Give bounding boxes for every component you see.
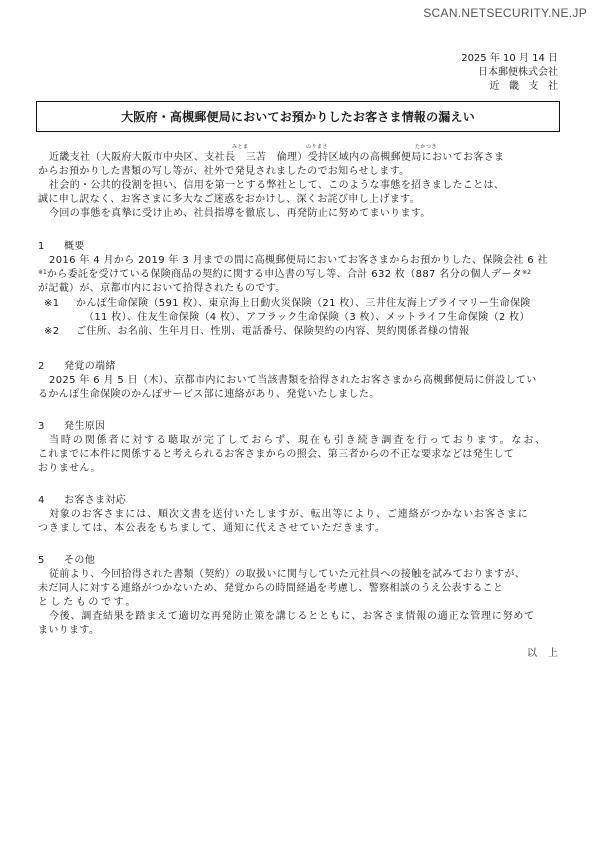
section-line: 対象のお客さまには、順次文書を送付いたしますが、転出等により、ご連絡がつかないお… xyxy=(49,508,529,521)
ruby-norimasa: のりまさ xyxy=(306,145,328,150)
footnote-1: ※1かんぽ生命保険（591 枚）、東京海上日動火災保険（21 枚）、三井住友海上… xyxy=(44,297,531,310)
section-line: 従前より、今回拾得された書類（契約）の取扱いに関与していた元社員への接触を試みて… xyxy=(49,568,525,581)
section-line: これまでに本件に関係すると考えられるお客さまからの照会、第三者からの不正な要求な… xyxy=(38,448,514,461)
intro-line: 今回の事態を真摯に受け止め、社員指導を徹底し、再発防止に努めてまいります。 xyxy=(49,207,431,220)
branch-name: 近畿支社 xyxy=(461,80,567,94)
section-line: 2016 年 4 月から 2019 年 3 月までの間に高槻郵便局においてお客さ… xyxy=(49,254,548,267)
issue-date: 2025 年 10 月 14 日 xyxy=(461,52,558,66)
section-line: るかんぽ生命保険のかんぽサービス部に連絡があり、発覚いたしました。 xyxy=(38,388,380,401)
section-heading: 5その他 xyxy=(38,554,95,567)
document-header: 2025 年 10 月 14 日 日本郵便株式会社 近畿支社 xyxy=(461,52,558,94)
footnote-label: ※2 xyxy=(44,325,76,338)
intro-line: からお預かりした書類の写し等が、社外で発見されましたのでお知らせします。 xyxy=(38,165,410,178)
section-heading: 2発覚の端緒 xyxy=(38,360,116,373)
intro-line: 誠に申し訳なく、お客さまに多大なご迷惑をおかけし、深くお詫び申し上げます。 xyxy=(38,193,420,206)
footnote-2: ※2ご住所、お名前、生年月日、性別、電話番号、保険契約の内容、契約関係者様の情報 xyxy=(44,325,469,338)
title-text: 大阪府・高槻郵便局においてお預かりしたお客さま情報の漏えい xyxy=(121,108,475,125)
footnote-mark: ※2 xyxy=(522,269,531,276)
section-heading: 4お客さま対応 xyxy=(38,494,126,507)
section-heading: 1概要 xyxy=(38,240,85,253)
section-line: つきましては、本公表をもちまして、通知に代えさせていただきます。 xyxy=(38,522,386,535)
section-line: が記載）が、京都市内において拾得されたものです。 xyxy=(38,282,286,295)
section-line: 今後、調査結果を踏まえて適切な再発防止策を講じるとともに、お客さま情報の適正な管… xyxy=(49,610,535,623)
section-line: ※1から委託を受けている保険商品の契約に関する申込書の写し等、合計 632 枚（… xyxy=(38,268,531,281)
company-name: 日本郵便株式会社 xyxy=(461,66,558,80)
intro-line: 近畿支社（大阪府大阪市中央区、支社長 三苫 倫理）受持区域内の高槻郵便局において… xyxy=(49,151,504,164)
page-title: 大阪府・高槻郵便局においてお預かりしたお客さま情報の漏えい xyxy=(36,101,560,132)
watermark: SCAN.NETSECURITY.NE.JP xyxy=(423,6,587,20)
closing-mark: 以上 xyxy=(527,644,569,659)
footnote-mark: ※1 xyxy=(38,269,47,276)
section-line: まいります。 xyxy=(38,624,99,637)
ruby-takatsuki: たかつき xyxy=(415,145,437,150)
section-line: 当時の関係者に対する聴取が完了しておらず、現在も引き続き調査を行っております。な… xyxy=(49,434,547,447)
section-line: おりません。 xyxy=(38,462,101,475)
section-line: 未だ同人に対する連絡がつかないため、発覚からの時間経過を考慮し、警察相談のうえ公… xyxy=(38,582,503,595)
ruby-mitoma: みとま xyxy=(232,145,249,150)
section-line: としたものです。 xyxy=(38,596,138,609)
section-line: 2025 年 6 月 5 日（木）、京都市内において当該書類を拾得されたお客さま… xyxy=(49,374,537,387)
intro-line: 社会的・公共的役割を担い、信用を第一とする弊社として、このような事態を招きました… xyxy=(49,179,504,192)
footnote-1-cont: （11 枚）、住友生命保険（4 枚）、アフラック生命保険（3 枚）、メットライフ… xyxy=(84,311,530,324)
footnote-label: ※1 xyxy=(44,297,76,310)
section-heading: 3発生原因 xyxy=(38,420,105,433)
